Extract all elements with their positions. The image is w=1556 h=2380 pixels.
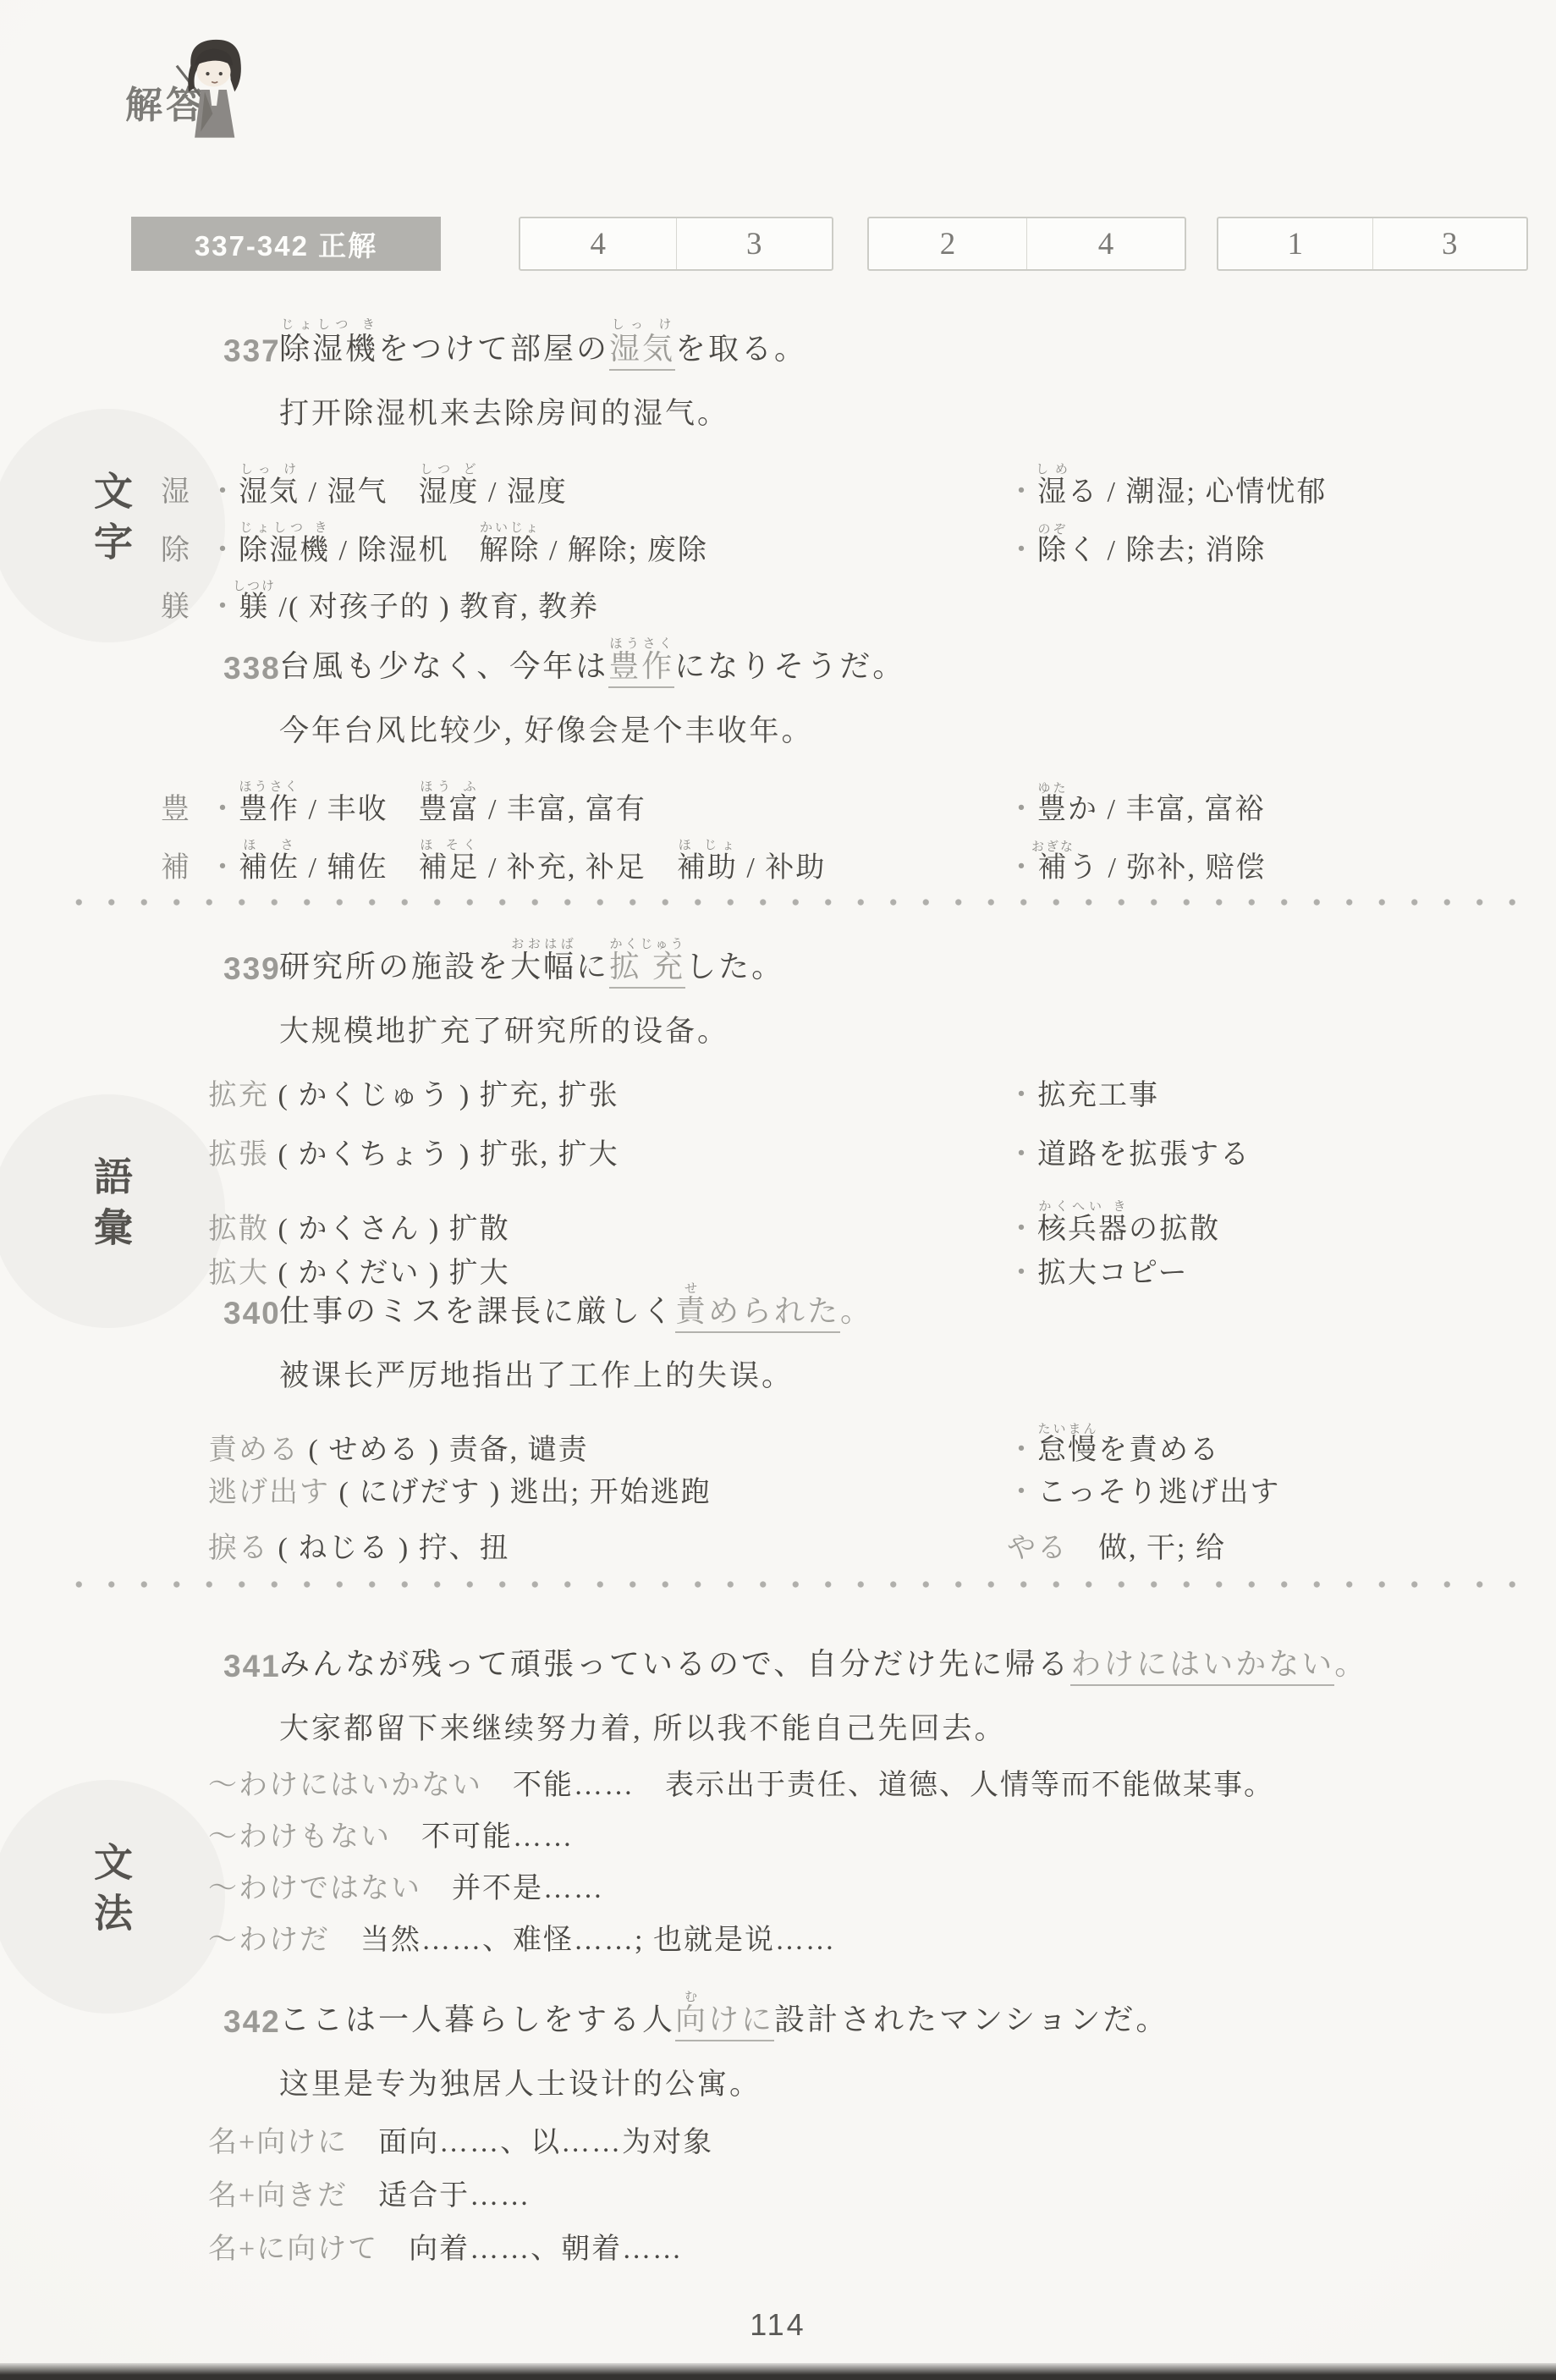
vocab-rows: 湿・湿気しっ け / 湿气 湿度しつ ど / 湿度・湿し める / 潮湿; 心情… [161,442,1538,617]
text-segment: ( にげだす ) 逃出; 开始逃跑 [330,1477,712,1508]
kanji-head: 補 [161,854,208,883]
furigana: しつ ど [418,463,479,477]
vocab-rows: 豊・豊作ほうさく / 丰收 豊富ほう ふ / 丰富, 富有・豊ゆたか / 丰富,… [161,759,1538,876]
vocab-entry-right: ・こっそり逃げ出す [1007,1479,1538,1507]
text-segment: 拡張 [208,1139,269,1171]
text-segment: ・ [1007,794,1037,825]
ruby-word: 補佐ほ さ [239,852,300,884]
text-segment: を取る。 [675,332,807,366]
chinese-translation: 这里是专为独居人士设计的公寓。 [279,2052,1538,2113]
text-segment: / 除湿机 [330,535,479,566]
furigana: ほうさく [239,780,300,794]
text-segment: 道路を拡張する [1037,1139,1251,1171]
question-342: 342ここは一人暮らしをする人向むけに設計されたマンションだ。这里是专为独居人士… [161,1982,1538,2273]
sidebar-tab-moji: 文字 [83,471,139,572]
text-segment: ( せめる ) 责备, 谴责 [300,1435,589,1466]
furigana: じょしつ き [279,318,378,332]
vocab-entry-right: ・除のぞく / 除去; 消除 [1007,523,1538,565]
question-sentence: みんなが残って頑張っているので、自分だけ先に帰るわけにはいかない。 [279,1627,1538,1696]
question-339: 339研究所の施設を大幅おおはばに拡 充かくじゅうした。大规模地扩充了研究所的设… [161,929,1538,1297]
furigana: し め [1036,463,1069,477]
text-segment: 逃げ出す [208,1477,330,1508]
text-segment: / 解除; 废除 [540,535,707,566]
chinese-translation: 大家都留下来继续努力着, 所以我不能自己先回去。 [279,1696,1538,1757]
text-segment: / 补充, 补足 [479,852,676,884]
answer-group: 13 [1217,217,1528,271]
question-sentence: 研究所の施設を大幅おおはばに拡 充かくじゅうした。 [279,929,1538,999]
text-segment: 并不是…… [421,1873,604,1904]
answer-group: 24 [867,217,1186,271]
text-segment: 。 [840,1294,873,1328]
vocab-rows: 名+向けに 面向……、以……为对象名+向きだ 适合于……名+に向けて 向着……、… [161,2113,1538,2273]
left-eye [206,72,209,75]
vocab-row: 名+に向けて 向着……、朝着…… [161,2219,1538,2273]
text-segment: ・ [208,794,239,825]
text-segment: /( 对孩子的 ) 教育, 教养 [270,592,599,623]
text-segment: みんなが残って頑張っているので、自分だけ先に帰る [279,1647,1070,1681]
ruby-word: 除湿機じょしつ き [239,535,330,566]
text-segment: ・ [208,852,239,884]
vocab-entry-left: 捩る ( ねじる ) 拧、扭 [208,1534,1007,1563]
text-segment: 面向……、以……为对象 [348,2127,713,2158]
ruby-word: 補おぎな [1037,852,1069,884]
kanji-head: 湿 [161,478,208,507]
vocab-row: ～わけだ 当然……、难怪……; 也就是说…… [161,1912,1538,1964]
answer-value: 2 [869,218,1026,269]
text-segment: 。 [1334,1647,1367,1681]
ruby-word: 躾しつけ [239,592,270,623]
chinese-translation: 被课长严厉地指出了工作上的失误。 [279,1343,1538,1404]
text-segment: ・ [208,535,239,566]
text-segment: ・ [1007,477,1037,508]
question-number: 338 [223,651,281,686]
text-segment: 設計されたマンションだ。 [774,2003,1168,2036]
ruby-word: 補助ほ じょ [677,852,738,884]
text-segment: ・ [1007,1435,1037,1466]
text-segment: 向着……、朝着…… [378,2234,683,2265]
vocab-entry-left: ～わけではない 并不是…… [208,1875,1538,1903]
text-segment: ( ねじる ) 拧、扭 [269,1533,510,1564]
vocab-entry-left: ・補佐ほ さ / 辅佐 補足ほ そく / 补充, 补足 補助ほ じょ / 补助 [208,839,1007,883]
ruby-word: 湿し め [1037,477,1068,508]
furigana: ほ さ [239,839,300,852]
vocab-row: 補・補佐ほ さ / 辅佐 補足ほ そく / 补充, 补足 補助ほ じょ / 补助… [161,818,1538,876]
page-bottom-edge [0,2363,1556,2380]
sidebar-tab-goi: 語彙 [83,1156,139,1258]
question-number: 341 [223,1649,281,1684]
text-segment: う / 弥补, 赔偿 [1069,852,1266,884]
vocab-entry-left: 名+向きだ 适合于…… [208,2182,1538,2211]
text-segment: 拡散 [208,1214,269,1245]
text-segment: ・ [1007,1080,1037,1111]
vocab-entry-right: ・怠慢たいまんを責める [1007,1423,1538,1465]
textbook-page: 解答 337-342 正解 432413 文字 語彙 文法 337除湿機じょしつ… [0,0,1556,2380]
chinese-translation: 今年台风比较少, 好像会是个丰收年。 [279,698,1538,759]
ruby-word: 湿気しっ け [239,477,300,508]
ruby-word: 豊富ほう ふ [418,794,479,825]
answer-value: 1 [1218,218,1372,269]
furigana: のぞ [1037,523,1068,537]
question-341: 341みんなが残って頑張っているので、自分だけ先に帰るわけにはいかない。大家都留… [161,1627,1538,1964]
vocab-entry-left: ・躾しつけ /( 对孩子的 ) 教育, 教养 [208,580,1538,622]
answer-group: 43 [519,217,833,271]
kanji-head: 豊 [161,796,208,824]
text-segment: 适合于…… [348,2180,531,2212]
text-segment: 台風も少なく、今年は [279,649,608,683]
vocab-entry-left: 名+に向けて 向着……、朝着…… [208,2235,1538,2264]
text-segment: わけにはいかない [1070,1647,1334,1686]
vocab-entry-right: ・核兵器かくへい きの拡散 [1007,1200,1538,1244]
furigana: しつけ [233,580,276,593]
furigana: ほ そく [418,839,479,852]
text-segment: / 丰富, 富有 [479,794,646,825]
vocab-entry-left: 拡充 ( かくじゅう ) 扩充, 扩张 [208,1082,1007,1110]
vocab-row: 拡張 ( かくちょう ) 扩张, 扩大・道路を拡張する [161,1119,1538,1178]
answer-value: 3 [676,218,833,269]
text-segment: か / 丰富, 富裕 [1068,794,1265,825]
vocab-entry-left: ～わけにはいかない 不能…… 表示出于责任、道德、人情等而不能做某事。 [208,1771,1538,1800]
furigana: せ [675,1282,708,1296]
vocab-entry-left: ・湿気しっ け / 湿气 湿度しつ ど / 湿度 [208,463,1007,507]
text-segment: ・ [1007,1139,1037,1171]
ruby-word: 拡 充かくじゅう [609,950,685,989]
text-segment: 拡充工事 [1037,1080,1159,1111]
text-segment: ～わけではない [208,1873,421,1904]
furigana: ほう ふ [418,780,479,794]
vocab-row: 逃げ出す ( にげだす ) 逃出; 开始逃跑・こっそり逃げ出す [161,1460,1538,1516]
kanji-head: 除 [161,537,208,565]
text-segment: こっそり逃げ出す [1037,1477,1280,1508]
question-number: 339 [223,951,281,987]
question-number: 337 [223,333,281,369]
question-sentence: ここは一人暮らしをする人向むけに設計されたマンションだ。 [279,1982,1538,2052]
vocab-row: ～わけにはいかない 不能…… 表示出于责任、道德、人情等而不能做某事。 [161,1757,1538,1809]
text-segment: やる [1007,1533,1068,1564]
text-segment: ～わけだ [208,1925,330,1956]
vocab-rows: ～わけにはいかない 不能…… 表示出于责任、道德、人情等而不能做某事。～わけもな… [161,1757,1538,1964]
furigana: おぎな [1031,840,1075,854]
furigana: しっ け [609,318,675,332]
vocab-entry-left: ・除湿機じょしつ き / 除湿机 解除かいじょ / 解除; 废除 [208,521,1007,565]
ruby-word: 解除かいじょ [479,535,540,566]
furigana: しっ け [239,463,300,477]
vocab-entry-left: 責める ( せめる ) 责备, 谴责 [208,1436,1007,1465]
teacher-girl-icon [161,36,261,144]
text-segment: 研究所の施設を [279,950,510,983]
question-sentence: 除湿機じょしつ きをつけて部屋の湿気しっ けを取る。 [279,311,1538,381]
text-segment: になりそうだ。 [674,649,905,683]
answer-value: 3 [1372,218,1527,269]
ruby-word: 補足ほ そく [418,852,479,884]
text-segment: / 补助 [738,852,826,884]
vocab-entry-left: 名+向けに 面向……、以……为对象 [208,2129,1538,2157]
vocab-entry-right: やる 做, 干; 给 [1007,1534,1538,1563]
question-340: 340仕事のミスを課長に厳しく責せめられた。被课长严厉地指出了工作上的失误。責め… [161,1274,1538,1572]
ruby-word: 核兵器かくへい き [1037,1214,1129,1245]
vocab-entry-left: ～わけもない 不可能…… [208,1823,1538,1852]
furigana: む [675,1991,708,2004]
text-segment: ・ [208,477,239,508]
vocab-row: 湿・湿気しっ け / 湿气 湿度しつ ど / 湿度・湿し める / 潮湿; 心情… [161,442,1538,500]
furigana: じょしつ き [239,521,330,535]
text-segment: 做, 干; 给 [1068,1533,1226,1564]
text-segment: 捩る [208,1533,269,1564]
text-segment: ここは一人暮らしをする人 [279,2003,675,2036]
furigana: かくじゅう [609,938,685,951]
ruby-word: 大幅おおはば [510,950,576,983]
vocab-entry-left: 逃げ出す ( にげだす ) 逃出; 开始逃跑 [208,1479,1007,1507]
ruby-word: 向む [675,2003,708,2041]
furigana: ほうさく [608,637,674,651]
answer-range-label: 337-342 正解 [131,217,441,271]
text-segment: ～わけにはいかない [208,1770,482,1801]
vocab-row: 拡充 ( かくじゅう ) 扩充, 扩张・拡充工事 [161,1060,1538,1119]
text-segment: をつけて部屋の [378,332,609,366]
text-segment: / 辅佐 [300,852,418,884]
text-segment: ・ [1007,1214,1037,1245]
text-segment: 名+に向けて [208,2234,378,2265]
kanji-head: 躾 [161,593,208,622]
text-segment: ・ [1007,1477,1037,1508]
vocab-row: 捩る ( ねじる ) 拧、扭やる 做, 干; 给 [161,1516,1538,1572]
text-segment: ( かくじゅう ) 扩充, 扩张 [269,1080,619,1111]
question-number: 340 [223,1296,281,1331]
answer-value: 4 [1026,218,1185,269]
ruby-word: 除湿機じょしつ き [279,332,378,366]
ruby-word: 豊作ほうさく [239,794,300,825]
ruby-word: 責せ [675,1294,708,1333]
vocab-entry-right: ・湿し める / 潮湿; 心情忧郁 [1007,463,1538,507]
furigana: おおはば [510,938,576,951]
furigana: かくへい き [1037,1200,1129,1214]
chinese-translation: 打开除湿机来去除房间的湿气。 [279,381,1538,442]
text-segment: した。 [685,950,784,983]
furigana: ほ じょ [677,839,738,852]
vocab-entry-left: ～わけだ 当然……、难怪……; 也就是说…… [208,1926,1538,1955]
text-segment: く / 除去; 消除 [1068,535,1266,566]
question-338: 338台風も少なく、今年は豊作ほうさくになりそうだ。今年台风比较少, 好像会是个… [161,629,1538,876]
text-segment: 責める [208,1435,300,1466]
ruby-word: 湿度しつ ど [418,477,479,508]
text-segment: 当然……、难怪……; 也就是说…… [330,1925,836,1956]
vocab-rows: 責める ( せめる ) 责备, 谴责・怠慢たいまんを責める逃げ出す ( にげだす… [161,1404,1538,1572]
vocab-row: 拡散 ( かくさん ) 扩散・核兵器かくへい きの拡散 [161,1178,1538,1237]
text-segment: ( かくちょう ) 扩张, 扩大 [269,1139,619,1171]
text-segment: に [576,950,609,983]
teacher-girl-illustration [161,36,261,148]
text-segment: / 丰收 [300,794,418,825]
right-eye [219,72,223,75]
text-segment: / 湿度 [479,477,567,508]
vocab-row: 名+向きだ 适合于…… [161,2166,1538,2219]
vocab-entry-left: ・豊作ほうさく / 丰收 豊富ほう ふ / 丰富, 富有 [208,780,1007,824]
text-segment: ～わけもない [208,1821,391,1853]
sidebar-tab-bunpou: 文法 [83,1842,139,1943]
text-segment: 仕事のミスを課長に厳しく [279,1294,675,1328]
vocab-entry-right: ・拡充工事 [1007,1082,1538,1110]
chinese-translation: 大规模地扩充了研究所的设备。 [279,999,1538,1060]
text-segment: 不能…… 表示出于责任、道德、人情等而不能做某事。 [482,1770,1274,1801]
vocab-entry-left: 拡散 ( かくさん ) 扩散 [208,1215,1007,1244]
vocab-row: 責める ( せめる ) 责备, 谴责・怠慢たいまんを責める [161,1404,1538,1460]
furigana: かいじょ [479,521,540,535]
ruby-word: 怠慢たいまん [1037,1435,1098,1466]
vocab-row: 豊・豊作ほうさく / 丰收 豊富ほう ふ / 丰富, 富有・豊ゆたか / 丰富,… [161,759,1538,818]
text-segment: を責める [1098,1435,1220,1466]
vocab-entry-right: ・豊ゆたか / 丰富, 富裕 [1007,782,1538,824]
text-segment: 名+向けに [208,2127,348,2158]
vocab-entry-right: ・補おぎなう / 弥补, 赔偿 [1007,840,1538,883]
text-segment: / 湿气 [300,477,418,508]
dotted-divider [63,1579,1528,1589]
dotted-divider [63,897,1528,907]
answer-value: 4 [520,218,676,269]
question-sentence: 台風も少なく、今年は豊作ほうさくになりそうだ。 [279,629,1538,698]
page-number: 114 [0,2307,1556,2343]
furigana: ゆた [1037,782,1068,796]
vocab-entry-right: ・道路を拡張する [1007,1141,1538,1170]
text-segment: る / 潮湿; 心情忧郁 [1068,477,1327,508]
text-segment: の拡散 [1129,1214,1220,1245]
vocab-entry-left: 拡張 ( かくちょう ) 扩张, 扩大 [208,1141,1007,1170]
vocab-row: 躾・躾しつけ /( 对孩子的 ) 教育, 教养 [161,559,1538,617]
vocab-row: ～わけもない 不可能…… [161,1809,1538,1860]
question-337: 337除湿機じょしつ きをつけて部屋の湿気しっ けを取る。打开除湿机来去除房间的… [161,311,1538,617]
text-segment: ・ [1007,535,1037,566]
text-segment: 拡充 [208,1080,269,1111]
ruby-word: 豊ゆた [1037,794,1068,825]
vocab-row: ～わけではない 并不是…… [161,1860,1538,1912]
text-segment: けに [708,2003,774,2041]
vocab-row: 除・除湿機じょしつ き / 除湿机 解除かいじょ / 解除; 废除・除のぞく /… [161,500,1538,559]
ruby-word: 除のぞ [1037,535,1068,566]
text-segment: 不可能…… [391,1821,574,1853]
question-number: 342 [223,2004,281,2040]
furigana: たいまん [1037,1423,1098,1436]
vocab-row: 名+向けに 面向……、以……为对象 [161,2113,1538,2166]
vocab-rows: 拡充 ( かくじゅう ) 扩充, 扩张・拡充工事拡張 ( かくちょう ) 扩张,… [161,1060,1538,1297]
question-sentence: 仕事のミスを課長に厳しく責せめられた。 [279,1274,1538,1343]
ruby-word: 豊作ほうさく [608,649,674,688]
text-segment: ( かくさん ) 扩散 [269,1214,510,1245]
text-segment: 名+向きだ [208,2180,348,2212]
text-segment: められた [708,1294,840,1333]
ruby-word: 湿気しっ け [609,332,675,371]
